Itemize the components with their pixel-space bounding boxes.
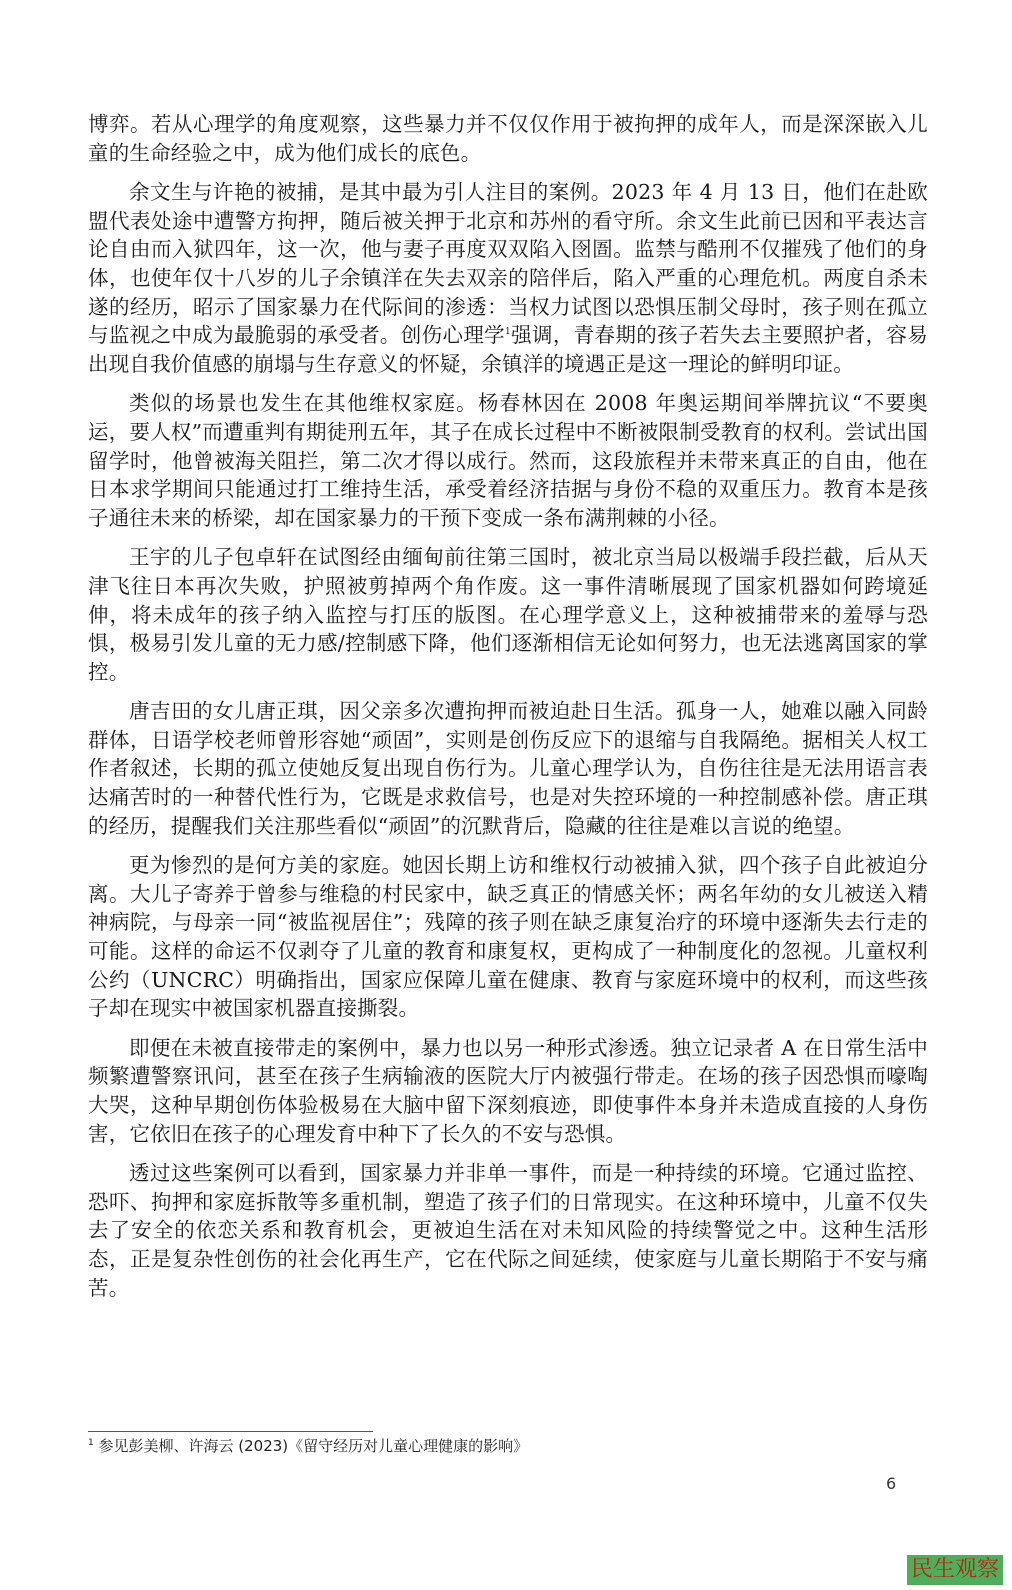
paragraph-continued: 博弈。若从心理学的角度观察，这些暴力并不仅仅作用于被拘押的成年人，而是深深嵌入儿… xyxy=(88,110,928,167)
paragraph-conclusion: 透过这些案例可以看到，国家暴力并非单一事件，而是一种持续的环境。它通过监控、恐吓… xyxy=(88,1159,928,1302)
paragraph-tang-jitian: 唐吉田的女儿唐正琪，因父亲多次遭拘押而被迫赴日生活。孤身一人，她难以融入同龄群体… xyxy=(88,697,928,840)
paragraph-recorder-a: 即便在未被直接带走的案例中，暴力也以另一种形式渗透。独立记录者 A 在日常生活中… xyxy=(88,1034,928,1148)
page-number: 6 xyxy=(886,1474,896,1493)
footnote: 1 参见彭美柳、许海云 (2023)《留守经历对儿童心理健康的影响》 xyxy=(88,1435,528,1457)
paragraph-yu-wensheng: 余文生与许艳的被捕，是其中最为引人注目的案例。2023 年 4 月 13 日，他… xyxy=(88,178,928,378)
paragraph-he-fangmei: 更为惨烈的是何方美的家庭。她因长期上访和维权行动被捕入狱，四个孩子自此被迫分离。… xyxy=(88,851,928,1023)
paragraph-yang-chunlin: 类似的场景也发生在其他维权家庭。杨春林因在 2008 年奥运期间举牌抗议“不要奥… xyxy=(88,389,928,532)
footnote-marker: 1 xyxy=(88,1438,94,1448)
document-body: 博弈。若从心理学的角度观察，这些暴力并不仅仅作用于被拘押的成年人，而是深深嵌入儿… xyxy=(88,110,928,1313)
footnote-text: 参见彭美柳、许海云 (2023)《留守经历对儿童心理健康的影响》 xyxy=(99,1437,529,1455)
paragraph-wang-yu: 王宇的儿子包卓轩在试图经由缅甸前往第三国时，被北京当局以极端手段拦截，后从天津飞… xyxy=(88,543,928,686)
footnote-divider xyxy=(88,1431,373,1432)
watermark-logo: 民生观察 xyxy=(907,1555,1003,1585)
